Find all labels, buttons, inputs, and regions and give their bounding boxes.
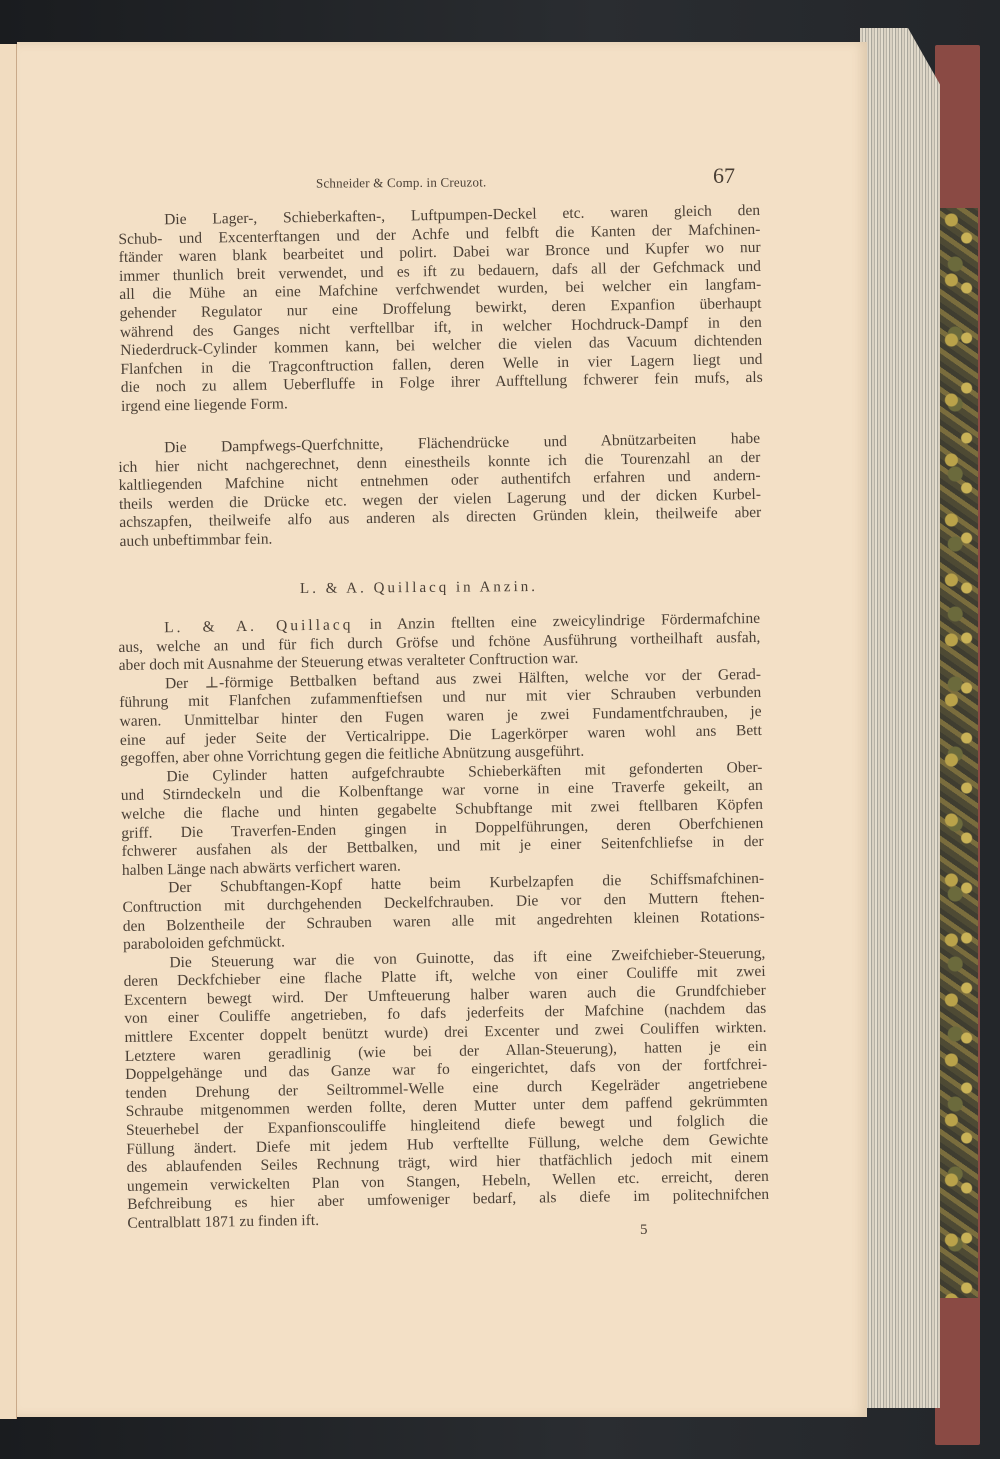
running-head: Schneider & Comp. in Creuzot. xyxy=(316,174,487,191)
firm-name: L. & A. Quillacq xyxy=(164,616,354,636)
section-body: L. & A. Quillacq in Anzin ftellten eine … xyxy=(118,610,770,1234)
marbled-endpaper xyxy=(940,208,978,1298)
facing-page-edge xyxy=(0,44,17,1419)
paragraph-2: Die Dampfwegs-Querfchnitte, Flächendrück… xyxy=(118,430,762,552)
page-block-edges xyxy=(860,28,940,1158)
paragraph-1: Die Lager-, Schieberkaften-, Luftpumpen-… xyxy=(118,202,763,417)
t-beam-symbol: ⊥ xyxy=(204,674,219,691)
signature-mark: 5 xyxy=(640,1222,648,1239)
page-block-edges-lower xyxy=(860,1158,940,1408)
page-number: 67 xyxy=(713,163,735,189)
section-heading: L. & A. Quillacq in Anzin. xyxy=(300,579,538,598)
